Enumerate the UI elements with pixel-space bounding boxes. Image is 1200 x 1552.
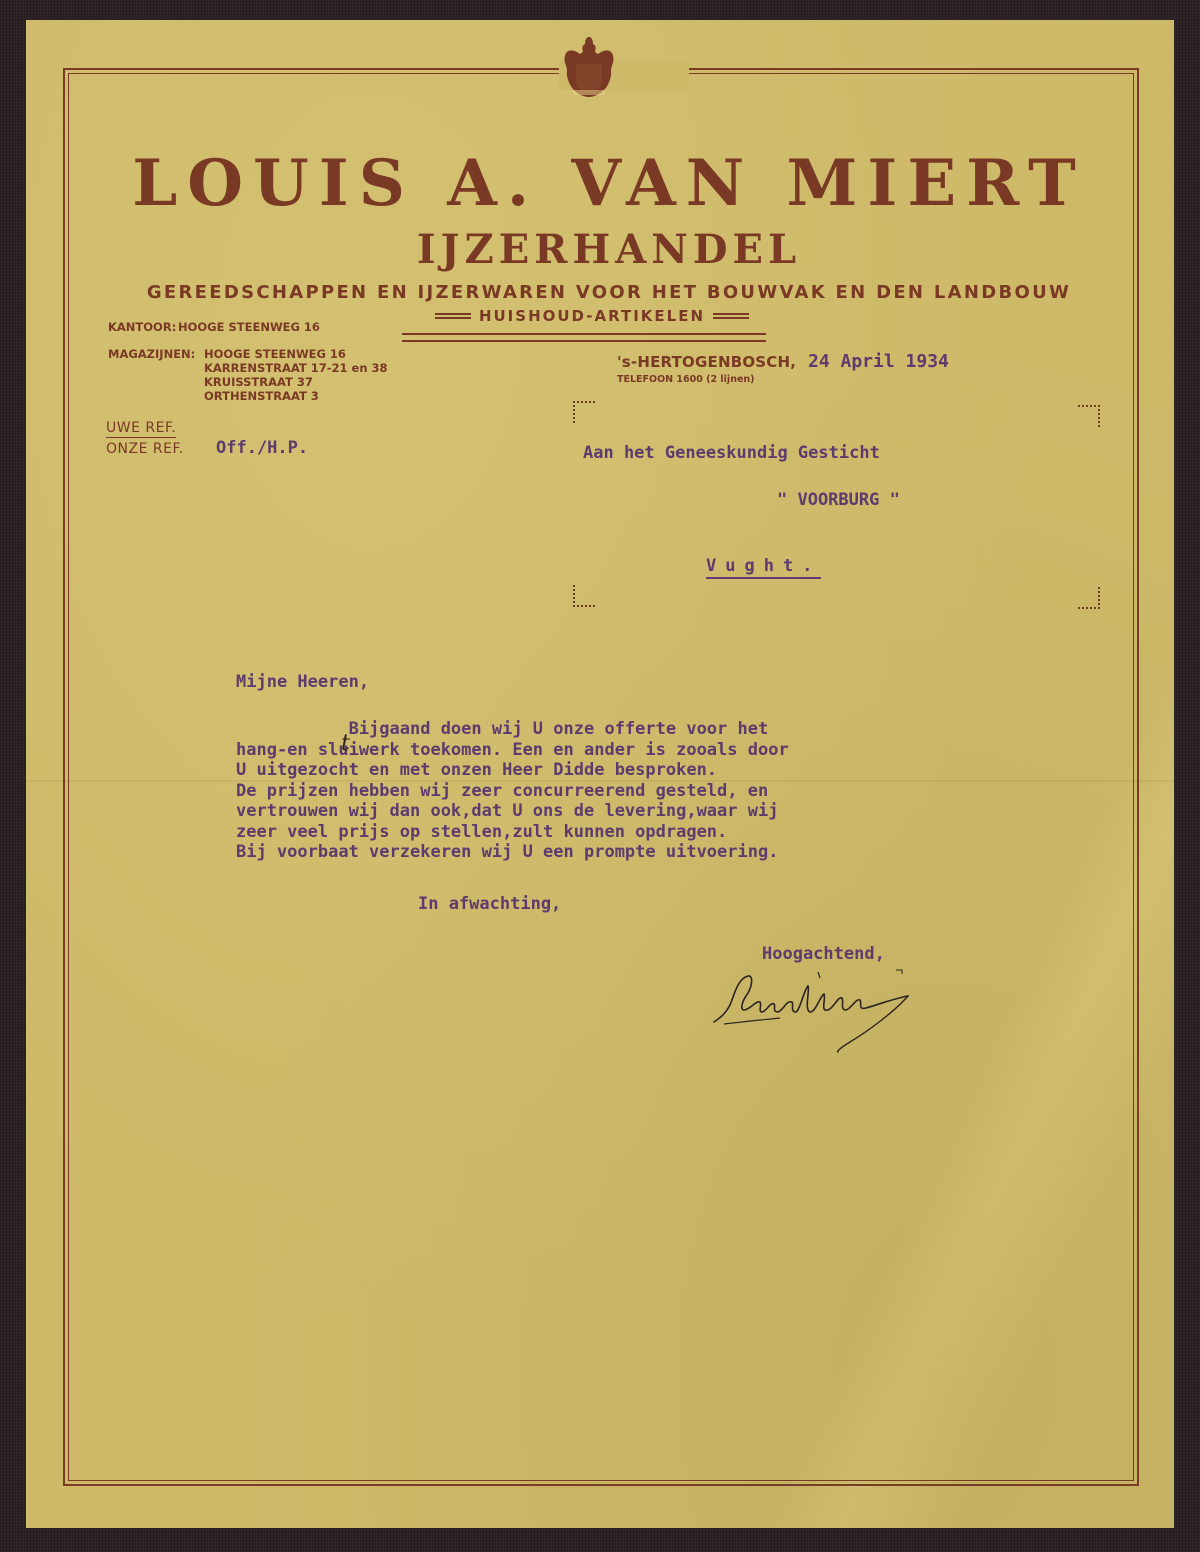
warehouse-address: ORTHENSTRAAT 3 (204, 389, 388, 403)
letter-sheet: LOUIS A. VAN MIERT IJZERHANDEL GEREEDSCH… (26, 20, 1174, 1528)
warehouse-address: KARRENSTRAAT 17-21 en 38 (204, 361, 388, 375)
company-trade: IJZERHANDEL (94, 228, 1124, 272)
city-name: 's-HERTOGENBOSCH, (617, 353, 796, 371)
your-ref-label: UWE REF. (106, 420, 176, 438)
body-line: zeer veel prijs op stellen,zult kunnen o… (236, 822, 789, 843)
recipient-line-3: Vught. (706, 556, 821, 579)
company-tagline: GEREEDSCHAPPEN EN IJZERWAREN VOOR HET BO… (94, 282, 1124, 303)
warehouses-label: MAGAZIJNEN: (108, 347, 195, 361)
phone-number: TELEFOON 1600 (2 lijnen) (617, 374, 755, 385)
company-name: LOUIS A. VAN MIERT (94, 148, 1124, 220)
body-line: Bijgaand doen wij U onze offerte voor he… (236, 719, 789, 740)
body-line: Bij voorbaat verzekeren wij U een prompt… (236, 842, 789, 863)
closing-line: In afwachting, (418, 894, 561, 914)
our-ref-value: Off./H.P. (216, 438, 308, 458)
handwritten-correction: t (341, 731, 350, 756)
office-address: HOOGE STEENWEG 16 (178, 320, 320, 334)
office-label: KANTOOR: (108, 320, 176, 334)
warehouses-list: HOOGE STEENWEG 16 KARRENSTRAAT 17-21 en … (204, 347, 388, 403)
window-corner-mark-top-left (573, 401, 595, 423)
recipient-line-2: " VOORBURG " (777, 490, 900, 510)
letter-body: Bijgaand doen wij U onze offerte voor he… (236, 719, 789, 863)
handwritten-signature-icon (700, 960, 1040, 1060)
our-ref-label: ONZE REF. (106, 441, 184, 457)
warehouse-address: HOOGE STEENWEG 16 (204, 347, 388, 361)
sub-tagline-text: HUISHOUD-ARTIKELEN (479, 307, 705, 325)
letter-date: 24 April 1934 (808, 351, 949, 372)
double-rule-right (713, 313, 749, 319)
warehouses-address-block: MAGAZIJNEN: HOOGE STEENWEG 16 KARRENSTRA… (108, 347, 428, 407)
body-line: U uitgezocht en met onzen Heer Didde bes… (236, 760, 789, 781)
body-line: vertrouwen wij dan ook,dat U ons de leve… (236, 801, 789, 822)
company-sub-tagline: HUISHOUD-ARTIKELEN (392, 307, 792, 325)
recipient-line-1: Aan het Geneeskundig Gesticht (583, 443, 880, 463)
letterhead-double-rule (402, 333, 766, 342)
window-corner-mark-top-right (1078, 405, 1100, 427)
office-address-block: KANTOOR: HOOGE STEENWEG 16 (108, 320, 408, 340)
window-corner-mark-bottom-left (573, 585, 595, 607)
warehouse-address: KRUISSTRAAT 37 (204, 375, 388, 389)
body-line: De prijzen hebben wij zeer concurreerend… (236, 781, 789, 802)
double-rule-left (435, 313, 471, 319)
salutation: Mijne Heeren, (236, 672, 369, 692)
window-corner-mark-bottom-right (1078, 587, 1100, 609)
royal-coat-of-arms-icon (558, 34, 620, 100)
body-line: hang-en sluiwerk toekomen. Een en ander … (236, 740, 789, 761)
